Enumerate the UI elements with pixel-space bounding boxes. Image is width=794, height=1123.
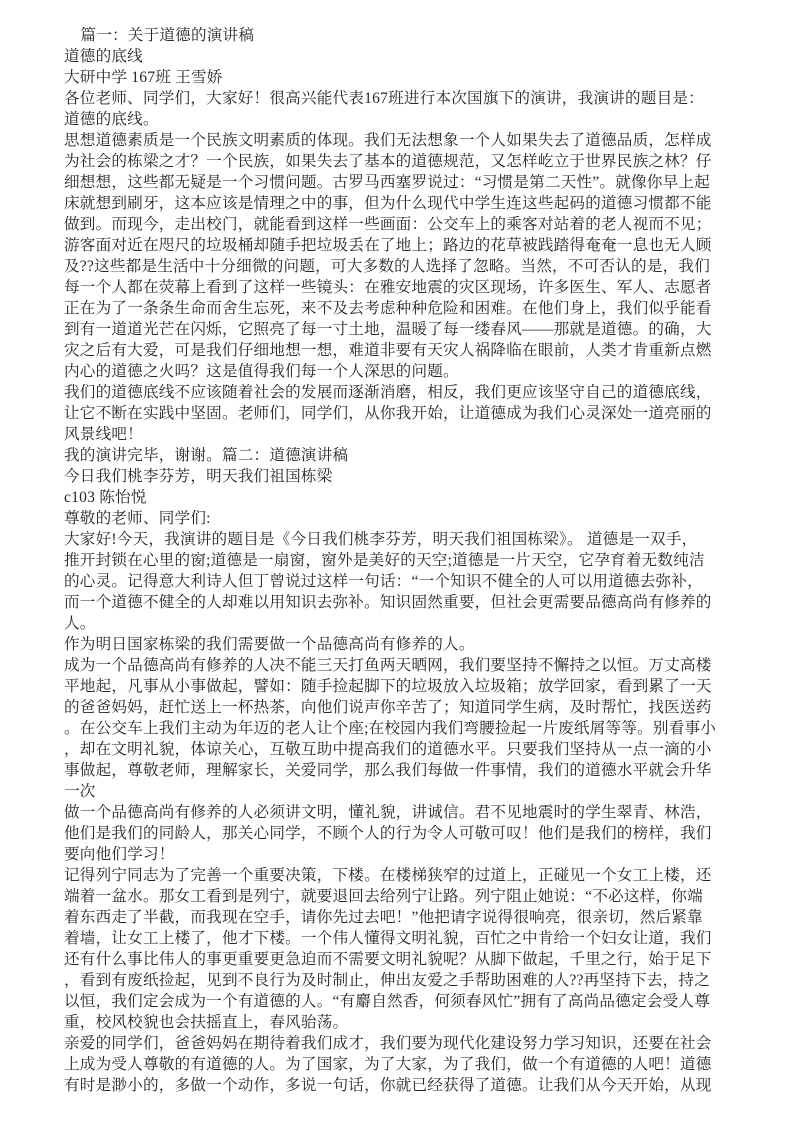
text-line: 及??这些都是生活中十分细微的问题，可大多数的人选择了忽略。当然，不可否认的是，…: [64, 256, 766, 277]
document-text: 篇一：关于道德的演讲稿道德的底线大研中学 167班 王雪娇各位老师、同学们，大家…: [64, 25, 766, 1096]
text-line: 大家好!今天，我演讲的题目是《今日我们桃李芬芳，明天我们祖国栋梁》。 道德是一双…: [64, 529, 766, 550]
text-line: 有时是渺小的，多做一个动作，多说一句话，你就已经获得了道德。让我们从今天开始，从…: [64, 1075, 766, 1096]
text-line: 思想道德素质是一个民族文明素质的体现。我们无法想象一个人如果失去了道德品质，怎样…: [64, 130, 766, 151]
text-line: 上成为受人尊敬的有道德的人。为了国家，为了大家，为了我们，做一个有道德的人吧！道…: [64, 1054, 766, 1075]
text-line: 亲爱的同学们，爸爸妈妈在期待着我们成才，我们要为现代化建设努力学习知识，还要在社…: [64, 1033, 766, 1054]
text-line: 让它不断在实践中坚固。老师们，同学们，从你我开始，让道德成为我们心灵深处一道亮丽…: [64, 403, 766, 424]
text-line: 着东西走了半截，而我现在空手，请你先过去吧！”他把请字说得很响亮，很亲切，然后紧…: [64, 907, 766, 928]
document-page: 篇一：关于道德的演讲稿道德的底线大研中学 167班 王雪娇各位老师、同学们，大家…: [64, 25, 766, 1096]
text-line: 我的演讲完毕，谢谢。篇二：道德演讲稿: [64, 445, 766, 466]
text-line: 还有什么事比伟人的事更重要更急迫而不需要文明礼貌呢？从脚下做起，千里之行，始于足…: [64, 949, 766, 970]
text-line: 细想想，这些都无疑是一个习惯问题。古罗马西塞罗说过：“习惯是第二天性”。就像你早…: [64, 172, 766, 193]
text-line: 篇一：关于道德的演讲稿: [64, 25, 766, 46]
text-line: 尊敬的老师、同学们:: [64, 508, 766, 529]
text-line: 正在为了一条条生命而舍生忘死，来不及去考虑种种危险和困难。在他们身上，我们似乎能…: [64, 298, 766, 319]
text-line: 他们是我们的同龄人，那关心同学，不顾个人的行为令人可敬可叹！他们是我们的榜样，我…: [64, 823, 766, 844]
text-line: 作为明日国家栋梁的我们需要做一个品德高尚有修养的人。: [64, 634, 766, 655]
text-line: 事做起，尊敬老师，理解家长，关爱同学，那么我们每做一件事情，我们的道德水平就会升…: [64, 760, 766, 781]
text-line: ，却在文明礼貌，体谅关心，互敬互助中提高我们的道德水平。只要我们坚持从一点一滴的…: [64, 739, 766, 760]
text-line: ，看到有废纸捡起，见到不良行为及时制止，伸出友爱之手帮助困难的人??再坚持下去，…: [64, 970, 766, 991]
text-line: 推开封锁在心里的窗;道德是一扇窗，窗外是美好的天空;道德是一片天空，它孕育着无数…: [64, 550, 766, 571]
text-line: 平地起，凡事从小事做起，譬如：随手捡起脚下的垃圾放入垃圾箱；放学回家，看到累了一…: [64, 676, 766, 697]
text-line: 的心灵。记得意大利诗人但丁曾说过这样一句话：“一个知识不健全的人可以用道德去弥补…: [64, 571, 766, 592]
text-line: 到有一道道光芒在闪烁，它照亮了每一寸土地，温暖了每一缕春风——那就是道德。的确，…: [64, 319, 766, 340]
text-line: 人。: [64, 613, 766, 634]
text-line: 大研中学 167班 王雪娇: [64, 67, 766, 88]
text-line: 游客面对近在咫尺的垃圾桶却随手把垃圾丢在了地上；路边的花草被践踏得奄奄一息也无人…: [64, 235, 766, 256]
text-line: 端着一盆水。那女工看到是列宁，就要退回去给列宁让路。列宁阻止她说：“不必这样，你…: [64, 886, 766, 907]
text-line: 一次: [64, 781, 766, 802]
text-line: 着墙，让女工上楼了，他才下楼。一个伟人懂得文明礼貌，百忙之中肯给一个妇女让道，我…: [64, 928, 766, 949]
text-line: 风景线吧！: [64, 424, 766, 445]
text-line: 重，校风校貌也会扶摇直上，春风骀荡。: [64, 1012, 766, 1033]
text-line: 做一个品德高尚有修养的人必须讲文明，懂礼貌，讲诚信。君不见地震时的学生翠青、林浩…: [64, 802, 766, 823]
text-line: 记得列宁同志为了完善一个重要决策，下楼。在楼梯狭窄的过道上，正碰见一个女工上楼，…: [64, 865, 766, 886]
text-line: 而一个道德不健全的人却难以用知识去弥补。知识固然重要，但社会更需要品德高尚有修养…: [64, 592, 766, 613]
text-line: 做到。而现今，走出校门，就能看到这样一些画面：公交车上的乘客对站着的老人视而不见…: [64, 214, 766, 235]
text-line: 。在公交车上我们主动为年迈的老人让个座;在校园内我们弯腰捡起一片废纸屑等等。别看…: [64, 718, 766, 739]
text-line: 道德的底线: [64, 46, 766, 67]
text-line: 以恒，我们定会成为一个有道德的人。“有麝自然香，何须春风忙”拥有了高尚品德定会受…: [64, 991, 766, 1012]
text-line: 内心的道德之火吗？这是值得我们每一个人深思的问题。: [64, 361, 766, 382]
text-line: 我们的道德底线不应该随着社会的发展而逐渐消磨，相反，我们更应该坚守自己的道德底线…: [64, 382, 766, 403]
text-line: 为社会的栋梁之才？一个民族，如果失去了基本的道德规范，又怎样屹立于世界民族之林？…: [64, 151, 766, 172]
text-line: 灾之后有大爱，可是我们仔细地想一想，难道非要有天灾人祸降临在眼前，人类才肯重新点…: [64, 340, 766, 361]
text-line: 的爸爸妈妈，赶忙送上一杯热茶，向他们说声你辛苦了；知道同学生病，及时帮忙，找医送…: [64, 697, 766, 718]
text-line: 今日我们桃李芬芳，明天我们祖国栋梁: [64, 466, 766, 487]
text-line: 床就想到刷牙，这本应该是情理之中的事，但为什么现代中学生连这些起码的道德习惯都不…: [64, 193, 766, 214]
text-line: 每一个人都在荧幕上看到了这样一些镜头：在雅安地震的灾区现场，许多医生、军人、志愿…: [64, 277, 766, 298]
text-line: 成为一个品德高尚有修养的人决不能三天打鱼两天晒网，我们要坚持不懈持之以恒。万丈高…: [64, 655, 766, 676]
text-line: 各位老师、同学们，大家好！很高兴能代表167班进行本次国旗下的演讲，我演讲的题目…: [64, 88, 766, 109]
text-line: 要向他们学习！: [64, 844, 766, 865]
text-line: 道德的底线。: [64, 109, 766, 130]
text-line: c103 陈怡悦: [64, 487, 766, 508]
